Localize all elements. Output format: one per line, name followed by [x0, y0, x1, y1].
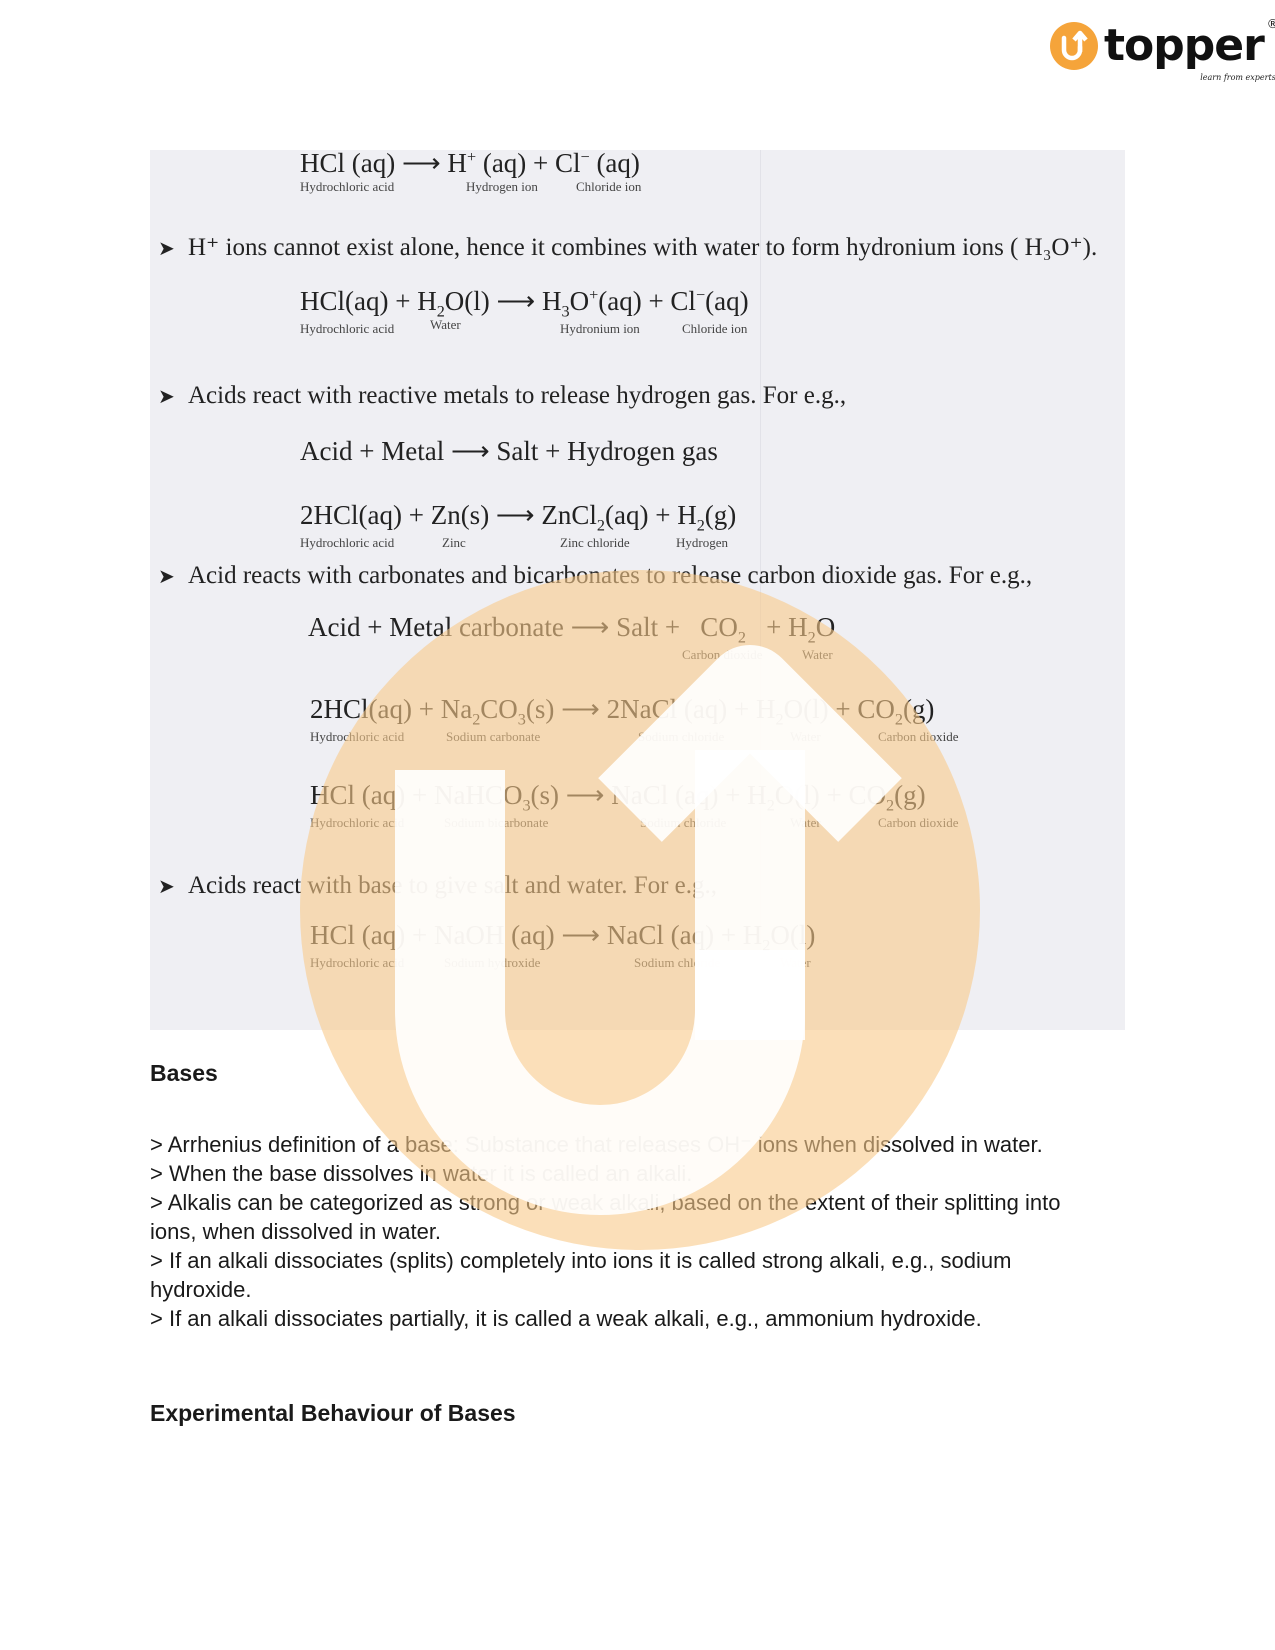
- eq-label: Sodium bicarbonate: [444, 815, 548, 831]
- equation-hcl-dissociation: HCl (aq) ⟶ H+ (aq) + Cl− (aq) Hydrochlor…: [300, 150, 660, 195]
- eq-label: Zinc: [442, 535, 466, 551]
- eq-label: Water: [780, 955, 811, 971]
- eq-label: Hydrochloric acid: [300, 321, 394, 337]
- bases-point: > When the base dissolves in water it is…: [150, 1159, 1110, 1188]
- bases-point: > If an alkali dissociates partially, it…: [150, 1304, 1110, 1333]
- eq-label: Carbon dioxide: [682, 647, 763, 663]
- eq-label: Sodium chloride: [634, 955, 720, 971]
- section-heading-bases: Bases: [150, 1060, 218, 1087]
- eq-label: Water: [430, 317, 461, 333]
- brand-tagline: learn from experts: [1200, 74, 1275, 82]
- equation-hcl-sodium-carbonate: 2HCl(aq) + Na2CO3(s) ⟶ 2NaCl (aq) + H2O(…: [310, 694, 990, 745]
- bases-point: > Arrhenius definition of a base: Substa…: [150, 1130, 1110, 1159]
- eq-label: Sodium chloride: [638, 729, 724, 745]
- bullet-point: ➤H⁺ ions cannot exist alone, hence it co…: [158, 232, 1097, 262]
- bases-point: > If an alkali dissociates (splits) comp…: [150, 1246, 1110, 1304]
- arrowhead-bullet-icon: ➤: [158, 384, 188, 409]
- arrowhead-bullet-icon: ➤: [158, 236, 188, 261]
- topper-logo: topper ® learn from experts: [1050, 22, 1264, 70]
- eq-label: Hydrogen ion: [466, 179, 538, 195]
- eq-label: Chloride ion: [682, 321, 747, 337]
- equation-hcl-zinc: 2HCl(aq) + Zn(s) ⟶ ZnCl2(aq) + H2(g) Hyd…: [300, 500, 760, 551]
- eq-label: Carbon dioxide: [878, 729, 959, 745]
- bullet-point: ➤Acid reacts with carbonates and bicarbo…: [158, 562, 1032, 590]
- eq-label: Hydrochloric acid: [310, 729, 404, 745]
- eq-label: Chloride ion: [576, 179, 641, 195]
- eq-label: Sodium carbonate: [446, 729, 540, 745]
- bullet-point: ➤Acids react with base to give salt and …: [158, 872, 717, 900]
- bases-point: > Alkalis can be categorized as strong o…: [150, 1188, 1110, 1246]
- equation-acid-carbonate-word: Acid + Metal carbonate ⟶ Salt + CO2 + H2…: [308, 612, 848, 663]
- eq-label: Hydronium ion: [560, 321, 640, 337]
- registered-mark: ®: [1267, 18, 1275, 30]
- bleed-through-column-divider: [760, 150, 761, 1030]
- arrowhead-bullet-icon: ➤: [158, 564, 188, 589]
- section-heading-experimental-behaviour: Experimental Behaviour of Bases: [150, 1400, 516, 1427]
- eq-label: Water: [790, 729, 821, 745]
- scanned-textbook-image: HCl (aq) ⟶ H+ (aq) + Cl− (aq) Hydrochlor…: [150, 150, 1125, 1030]
- eq-label: Sodium chloride: [640, 815, 726, 831]
- eq-label: Hydrochloric acid: [310, 815, 404, 831]
- arrowhead-bullet-icon: ➤: [158, 874, 188, 899]
- eq-label: Hydrochloric acid: [300, 535, 394, 551]
- eq-label: Hydrochloric acid: [300, 179, 394, 195]
- equation-hcl-naoh: HCl (aq) + NaOH (aq) ⟶ NaCl (aq) + H2O(l…: [310, 920, 850, 971]
- eq-label: Hydrogen: [676, 535, 728, 551]
- bases-points: > Arrhenius definition of a base: Substa…: [150, 1130, 1110, 1333]
- eq-label: Hydrochloric acid: [310, 955, 404, 971]
- equation-hydronium-formation: HCl(aq) + H2O(l) ⟶ H3O+(aq) + Cl−(aq) Hy…: [300, 286, 760, 337]
- eq-label: Water: [790, 815, 821, 831]
- bullet-point: ➤Acids react with reactive metals to rel…: [158, 382, 846, 410]
- eq-label: Sodium hydroxide: [444, 955, 540, 971]
- topper-u-arrow-icon: [1050, 22, 1098, 70]
- eq-label: Water: [802, 647, 833, 663]
- eq-label: Zinc chloride: [560, 535, 630, 551]
- equation-acid-metal-word: Acid + Metal ⟶ Salt + Hydrogen gas: [300, 436, 718, 467]
- brand-name: topper: [1104, 20, 1264, 71]
- equation-hcl-sodium-bicarbonate: HCl (aq) + NaHCO3(s) ⟶ NaCl (aq) + H2O(l…: [310, 780, 990, 831]
- eq-label: Carbon dioxide: [878, 815, 959, 831]
